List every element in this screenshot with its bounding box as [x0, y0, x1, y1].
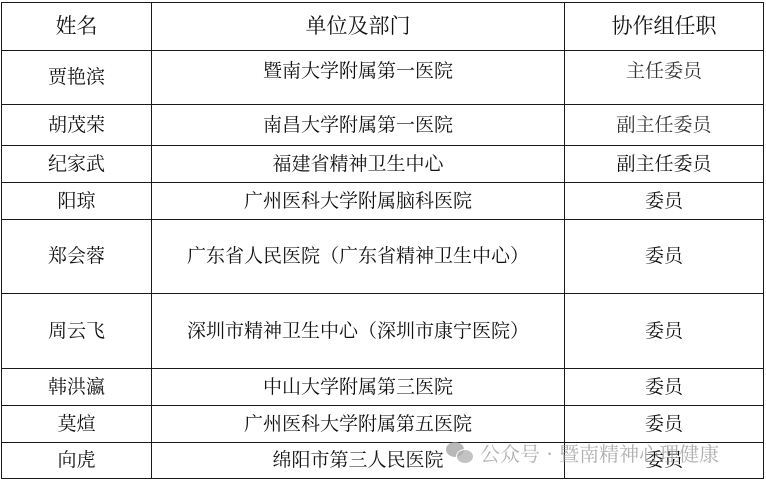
table-row: 纪家武 福建省精神卫生中心 副主任委员: [2, 146, 764, 183]
committee-roster-table: 姓名 单位及部门 协作组任职 贾艳滨 暨南大学附属第一医院 主任委员 胡茂荣 南…: [1, 2, 764, 479]
table-row: 向虎 绵阳市第三人民医院 委员: [2, 443, 764, 479]
table-row: 莫煊 广州医科大学附属第五医院 委员: [2, 406, 764, 443]
cell-unit: 中山大学附属第三医院: [152, 369, 565, 406]
cell-unit: 绵阳市第三人民医院: [152, 443, 565, 479]
cell-role: 副主任委员: [565, 146, 764, 183]
header-row: 姓名 单位及部门 协作组任职: [2, 3, 764, 51]
cell-role: 委员: [565, 294, 764, 369]
cell-role: 主任委员: [565, 51, 764, 105]
cell-role: 委员: [565, 443, 764, 479]
cell-name: 胡茂荣: [2, 105, 152, 146]
cell-unit: 福建省精神卫生中心: [152, 146, 565, 183]
header-name: 姓名: [2, 3, 152, 51]
cell-unit: 南昌大学附属第一医院: [152, 105, 565, 146]
cell-name: 韩洪瀛: [2, 369, 152, 406]
cell-unit: 深圳市精神卫生中心（深圳市康宁医院）: [152, 294, 565, 369]
cell-unit: 广州医科大学附属第五医院: [152, 406, 565, 443]
table-row: 郑会蓉 广东省人民医院（广东省精神卫生中心） 委员: [2, 220, 764, 294]
cell-role: 委员: [565, 406, 764, 443]
table-row: 胡茂荣 南昌大学附属第一医院 副主任委员: [2, 105, 764, 146]
header-role: 协作组任职: [565, 3, 764, 51]
cell-name: 周云飞: [2, 294, 152, 369]
cell-role: 委员: [565, 369, 764, 406]
table-row: 阳琼 广州医科大学附属脑科医院 委员: [2, 183, 764, 220]
cell-unit: 广州医科大学附属脑科医院: [152, 183, 565, 220]
cell-role: 副主任委员: [565, 105, 764, 146]
cell-unit: 暨南大学附属第一医院: [152, 51, 565, 105]
cell-name: 纪家武: [2, 146, 152, 183]
cell-name: 郑会蓉: [2, 220, 152, 294]
cell-name: 向虎: [2, 443, 152, 479]
cell-unit: 广东省人民医院（广东省精神卫生中心）: [152, 220, 565, 294]
cell-role: 委员: [565, 220, 764, 294]
cell-name: 莫煊: [2, 406, 152, 443]
cell-role: 委员: [565, 183, 764, 220]
table-row: 韩洪瀛 中山大学附属第三医院 委员: [2, 369, 764, 406]
cell-name: 阳琼: [2, 183, 152, 220]
header-unit: 单位及部门: [152, 3, 565, 51]
table-row: 周云飞 深圳市精神卫生中心（深圳市康宁医院） 委员: [2, 294, 764, 369]
table-row: 贾艳滨 暨南大学附属第一医院 主任委员: [2, 51, 764, 105]
cell-name: 贾艳滨: [2, 51, 152, 105]
